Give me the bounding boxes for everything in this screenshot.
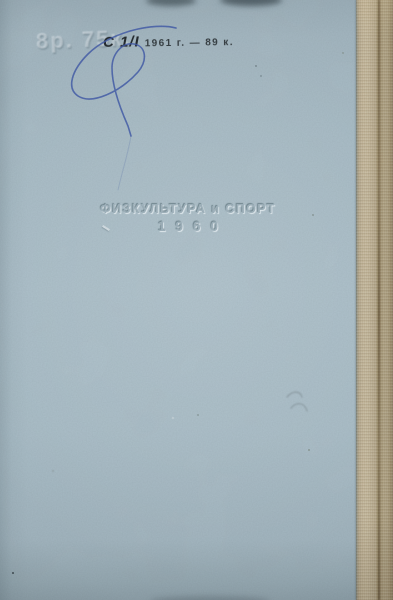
embossed-year: 1960 (0, 219, 376, 234)
library-price-stamp: С 1/I 1961 г. — 89 к. (103, 32, 234, 51)
dust-specks (12, 572, 14, 574)
paper-blemish (283, 385, 313, 419)
spine-cover-joint (355, 0, 357, 600)
book-cover-photo: 8р. 75к. С 1/I 1961 г. — 89 к. ФИЗКУЛЬТУ… (0, 0, 393, 600)
spine-seam-line (378, 0, 380, 600)
paper-cover (0, 0, 393, 600)
stamp-suffix: 1961 г. — 89 к. (145, 37, 234, 49)
bottom-shadow-smudge (150, 596, 270, 600)
stamp-prefix: С 1/I (103, 33, 140, 51)
blind-emboss-block: ФИЗКУЛЬТУРА и СПОРТ 1960 (0, 202, 376, 234)
cloth-spine (356, 0, 393, 600)
embossed-publisher: ФИЗКУЛЬТУРА и СПОРТ (0, 202, 376, 216)
